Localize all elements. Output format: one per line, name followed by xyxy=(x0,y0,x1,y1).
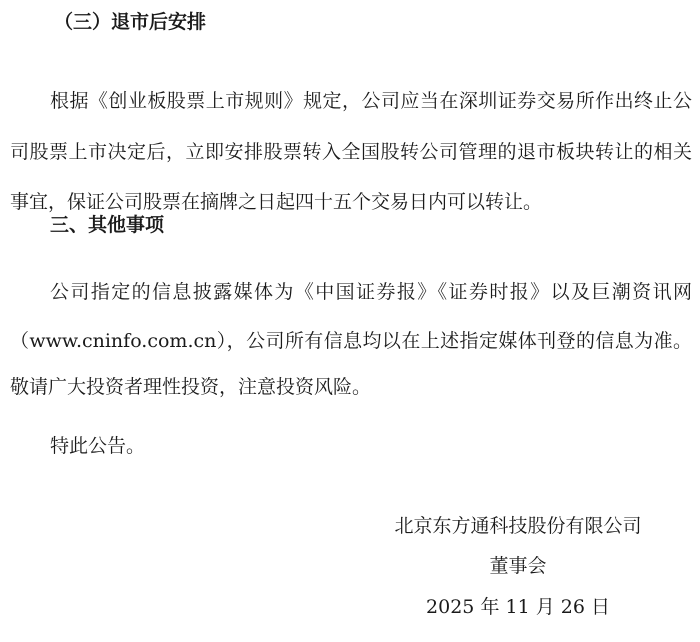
section-heading-other-matters: 三、其他事项 xyxy=(50,213,164,237)
signature-company: 北京东方通科技股份有限公司 xyxy=(390,514,646,538)
paragraph-line: 司股票上市决定后，立即安排股票转入全国股转公司管理的退市板块转让的相关 xyxy=(10,140,692,164)
signature-board: 董事会 xyxy=(390,554,646,578)
paragraph-line: 根据《创业板股票上市规则》规定，公司应当在深圳证券交易所作出终止公 xyxy=(50,89,692,113)
paragraph-line: （www.cninfo.com.cn），公司所有信息均以在上述指定媒体刊登的信息… xyxy=(10,329,692,353)
paragraph-line: 敬请广大投资者理性投资，注意投资风险。 xyxy=(10,375,371,399)
closing-statement: 特此公告。 xyxy=(50,434,145,458)
section-heading-delisting-arrangement: （三）退市后安排 xyxy=(54,10,206,34)
paragraph-line: 公司指定的信息披露媒体为《中国证券报》《证券时报》以及巨潮资讯网 xyxy=(50,280,692,304)
paragraph-line: 事宜，保证公司股票在摘牌之日起四十五个交易日内可以转让。 xyxy=(10,190,542,214)
signature-date: 2025 年 11 月 26 日 xyxy=(390,595,646,619)
